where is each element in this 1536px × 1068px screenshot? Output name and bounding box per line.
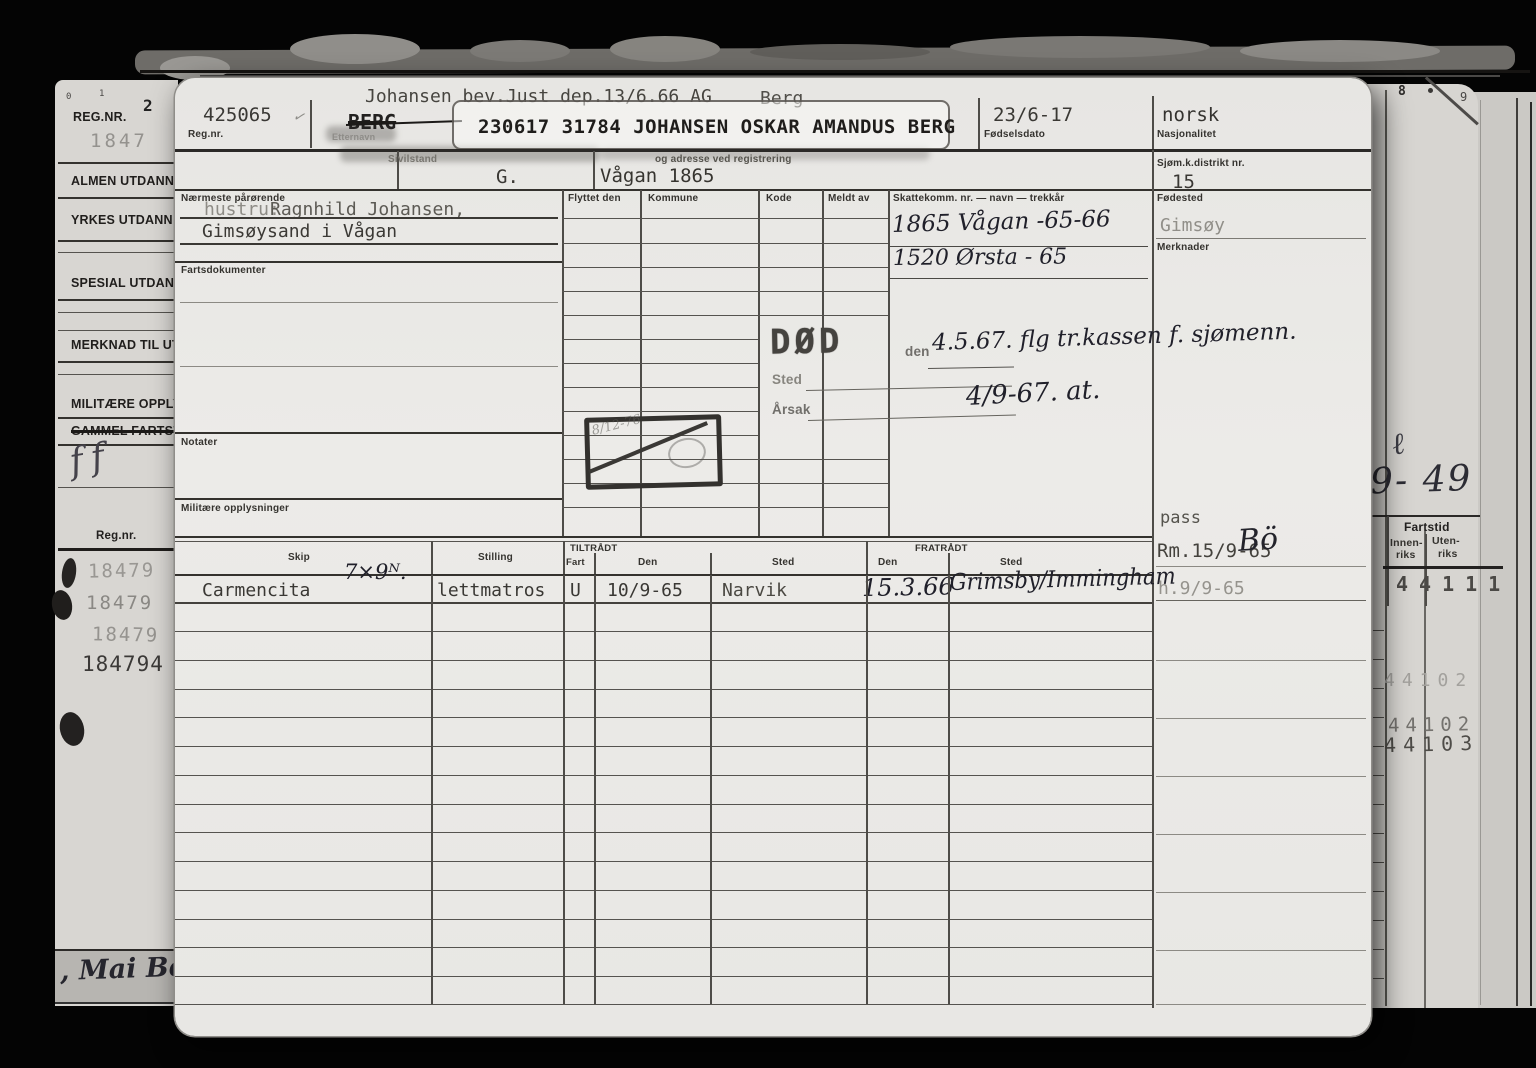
rule-line: [58, 548, 178, 551]
militaere-label: Militære opplysninger: [181, 503, 289, 514]
death-stamp: DØD: [770, 321, 844, 362]
rule-line: [1156, 566, 1366, 567]
table-header-fart: Fart: [566, 557, 585, 568]
card-stack-edge: [470, 40, 570, 62]
rule-line: [175, 861, 1152, 862]
table-header-sted: Sted: [772, 557, 794, 568]
rule-line: [1373, 978, 1384, 979]
birthdate-label: Fødselsdato: [984, 129, 1045, 140]
rule-line: [562, 315, 888, 316]
rule-line: [562, 387, 758, 388]
residence-value: Vågan 1865: [600, 165, 714, 187]
column-line: [710, 553, 712, 574]
ruler-numeral: 2: [143, 96, 153, 115]
rule-line: [58, 361, 176, 363]
ruler-numeral: 1: [99, 89, 104, 99]
column-line: [866, 575, 868, 1004]
rule-line: [1373, 659, 1384, 660]
left-card-label: ALMEN UTDANNE: [71, 174, 183, 188]
fartsdokumenter-label: Fartsdokumenter: [181, 265, 266, 276]
rule-line: [1373, 688, 1384, 689]
rule-line: [890, 278, 1148, 279]
rule-line: [175, 660, 1152, 661]
rule-line: [1373, 891, 1384, 892]
stamped-number: 44103: [1384, 731, 1480, 757]
cell-divider: [1152, 96, 1154, 150]
tax-entry: 1520 Ørsta - 65: [893, 244, 1067, 271]
rule-line: [55, 949, 178, 951]
left-card-label: SPESIAL UTDANNI: [71, 276, 187, 290]
rule-line: [562, 218, 888, 219]
stamped-reg-number: 18479: [86, 592, 153, 614]
rule-line: [1156, 238, 1366, 239]
cell-divider: [593, 151, 595, 189]
rule-line: [1373, 775, 1384, 776]
rule-line: [175, 717, 1152, 718]
utenriks-header: Uten-: [1432, 535, 1460, 547]
notater-label: Notater: [181, 437, 217, 448]
rule-line: [175, 919, 1152, 920]
civil-status-label: Sivilstand: [388, 154, 437, 165]
left-card-label: GAMMEL FARTSTI: [71, 424, 185, 438]
table-header-sted2: Sted: [1000, 557, 1022, 568]
cell-divider: [310, 100, 312, 148]
rule-line: [58, 417, 176, 419]
district-label: Sjøm.k.distrikt nr.: [1157, 158, 1245, 169]
meldt-av-header: Meldt av: [828, 193, 870, 204]
column-line: [710, 575, 712, 1004]
rule-line: [180, 366, 558, 367]
rule-line: [175, 189, 1371, 191]
ruler-numeral: 9: [1460, 90, 1467, 104]
voyage-joined-date: 10/9-65: [607, 580, 683, 601]
rule-line: [562, 243, 888, 244]
rule-line: [1373, 833, 1384, 834]
surname-label: Etternavn: [332, 132, 375, 142]
ruler-numeral: 0: [66, 92, 71, 102]
rule-line: [1373, 804, 1384, 805]
pass-note: pass: [1160, 508, 1201, 528]
reg-number-label: Reg.nr.: [188, 129, 223, 140]
rule-line: [58, 162, 176, 164]
rule-line: [1156, 892, 1366, 893]
table-header-fratraadt: FRATRÅDT: [915, 543, 968, 554]
rule-line: [180, 302, 558, 303]
card-stack-edge: [290, 34, 420, 64]
ruler-dot: [1428, 88, 1433, 93]
rule-line: [175, 804, 1152, 805]
column-line: [594, 553, 596, 574]
voyage-joined-place: Narvik: [722, 580, 787, 601]
rule-line: [562, 339, 758, 340]
rule-line: [58, 374, 176, 375]
rule-line: [1156, 718, 1366, 719]
id-name-line: 230617 31784 JOHANSEN OSKAR AMANDUS BERG: [478, 116, 956, 138]
utenriks-header: riks: [1438, 548, 1457, 560]
rule-line: [180, 217, 558, 219]
innenriks-header: riks: [1396, 549, 1415, 561]
rule-line: [1354, 515, 1480, 517]
left-card-label: REG.NR.: [73, 110, 127, 124]
death-den-label: den: [905, 344, 930, 359]
pass-handwriting: Bö: [1237, 521, 1279, 559]
rule-line: [562, 363, 758, 364]
rule-line: [58, 487, 176, 488]
rule-line: [1373, 717, 1384, 718]
rule-line: [1156, 776, 1366, 777]
rule-line: [175, 432, 562, 434]
column-line: [888, 190, 890, 537]
nationality-label: Nasjonalitet: [1157, 129, 1216, 140]
rule-line: [1373, 630, 1384, 631]
table-header-tiltraadt: TILTRÅDT: [570, 543, 617, 554]
regnr-column-header: Reg.nr.: [96, 530, 136, 542]
rule-line: [1373, 746, 1384, 747]
rule-line: [58, 330, 176, 331]
rule-line: [175, 261, 562, 263]
rule-line: [175, 746, 1152, 747]
left-card-label: MILITÆRE OPPLYS: [71, 397, 190, 411]
column-line: [866, 541, 868, 574]
rule-line: [175, 689, 1152, 690]
card-stack-edge: [610, 36, 720, 62]
kin-address: Gimsøysand i Vågan: [202, 221, 397, 242]
rule-line: [175, 775, 1152, 776]
residence-label: og adresse ved registrering: [655, 154, 792, 165]
rule-line: [1156, 660, 1366, 661]
left-card-label: YRKES UTDANNE: [71, 213, 181, 227]
birthplace-label: Fødested: [1157, 193, 1203, 204]
rule-line: [562, 507, 888, 508]
civil-status-value: G.: [496, 166, 519, 188]
voyage-ship: Carmencita: [202, 580, 310, 601]
column-line: [563, 541, 565, 574]
reg-number: 425065: [203, 104, 272, 126]
table-header-den2: Den: [878, 557, 898, 568]
rule-line: [55, 1002, 178, 1004]
card-edge-line: [1480, 100, 1481, 1005]
rule-line: [58, 299, 176, 301]
column-line: [431, 575, 433, 1004]
kommune-header: Kommune: [648, 193, 698, 204]
birthdate-value: 23/6-17: [993, 104, 1073, 126]
rule-line: [58, 252, 176, 253]
rule-line: [175, 536, 1152, 538]
card-stack-shadow: [140, 70, 1530, 73]
rule-line: [1156, 950, 1366, 951]
skattekomm-header: Skattekomm. nr. — navn — trekkår: [893, 193, 1064, 204]
fartstid-header: Fartstid: [1404, 520, 1450, 534]
card-stack-edge: [950, 36, 1210, 58]
left-card-label: MERKNAD TIL UT: [71, 338, 180, 352]
handwritten-scrawl: ff: [66, 435, 115, 483]
stamped-number: 44102: [1384, 670, 1473, 691]
cell-divider: [978, 98, 980, 150]
column-line: [948, 575, 950, 1004]
column-line: [594, 575, 596, 1004]
column-line: [431, 541, 433, 574]
stamped-reg-number: 184794: [82, 652, 164, 676]
rule-line: [58, 312, 176, 313]
card-stack-edge: [750, 44, 930, 60]
table-header-skip: Skip: [288, 552, 310, 563]
rule-line: [175, 631, 1152, 632]
rule-line: [1373, 862, 1384, 863]
rule-line: [1383, 566, 1503, 569]
kode-header: Kode: [766, 193, 792, 204]
rule-line: [180, 243, 558, 245]
table-header-den: Den: [638, 557, 658, 568]
rule-line: [175, 832, 1152, 833]
rule-line: [175, 602, 1152, 604]
rule-line: [562, 291, 888, 292]
rule-line: [175, 498, 562, 500]
rule-line: [175, 976, 1152, 977]
flyttet-den-header: Flyttet den: [568, 193, 621, 204]
card-edge-line: [200, 75, 1500, 77]
birthplace-value: Gimsøy: [1160, 215, 1225, 236]
rule-line: [562, 267, 888, 268]
column-line: [563, 575, 565, 1004]
stamped-reg-number: 18479: [92, 623, 160, 646]
voyage-left-date: 15.3.66: [862, 572, 954, 602]
handwritten-date: /9- 49: [1355, 458, 1473, 503]
rule-line: [58, 240, 176, 242]
voyage-position: lettmatros: [437, 580, 545, 601]
scanner-background: 8 9 ℓ /9- 49 Fartstid Innen- riks Uten- …: [0, 0, 1536, 1068]
stamped-reg-number: 1847: [90, 130, 148, 152]
nationality-value: norsk: [1162, 104, 1219, 126]
rule-line: [175, 947, 1152, 948]
left-card-bottom-band: , Mai Be: [55, 950, 178, 1004]
voyage-fart: U: [570, 580, 581, 601]
voyage-end-note: h.9/9-65: [1158, 578, 1245, 599]
rule-line: [175, 541, 1152, 542]
rule-line: [562, 411, 758, 412]
rule-line: [1373, 920, 1384, 921]
card-stack-edge: [1240, 40, 1440, 62]
rule-line: [175, 149, 1371, 152]
rule-line: [1373, 949, 1384, 950]
stamped-reg-number: 18479: [88, 559, 156, 582]
column-line: [1387, 516, 1389, 606]
rule-line: [175, 890, 1152, 891]
rule-line: [175, 1004, 1152, 1005]
rule-line: [1156, 1004, 1366, 1005]
rule-line: [58, 197, 176, 199]
card-edge-line: [1530, 102, 1532, 1006]
card-edge-line: [1516, 98, 1518, 1006]
rule-line: [1156, 600, 1366, 601]
death-sted-label: Sted: [772, 372, 802, 387]
death-aarsak-label: Årsak: [772, 402, 811, 417]
handwritten-note: , Mai Be: [59, 952, 178, 987]
rule-line: [1156, 834, 1366, 835]
table-header-stilling: Stilling: [478, 552, 513, 563]
ruler-numeral: 8: [1398, 84, 1406, 99]
stamped-number: 44111: [1396, 572, 1511, 596]
voyage-ship-note: 7×9ᴺ.: [344, 560, 407, 584]
merknader-label: Merknader: [1157, 242, 1209, 253]
innenriks-header: Innen-: [1390, 537, 1423, 549]
